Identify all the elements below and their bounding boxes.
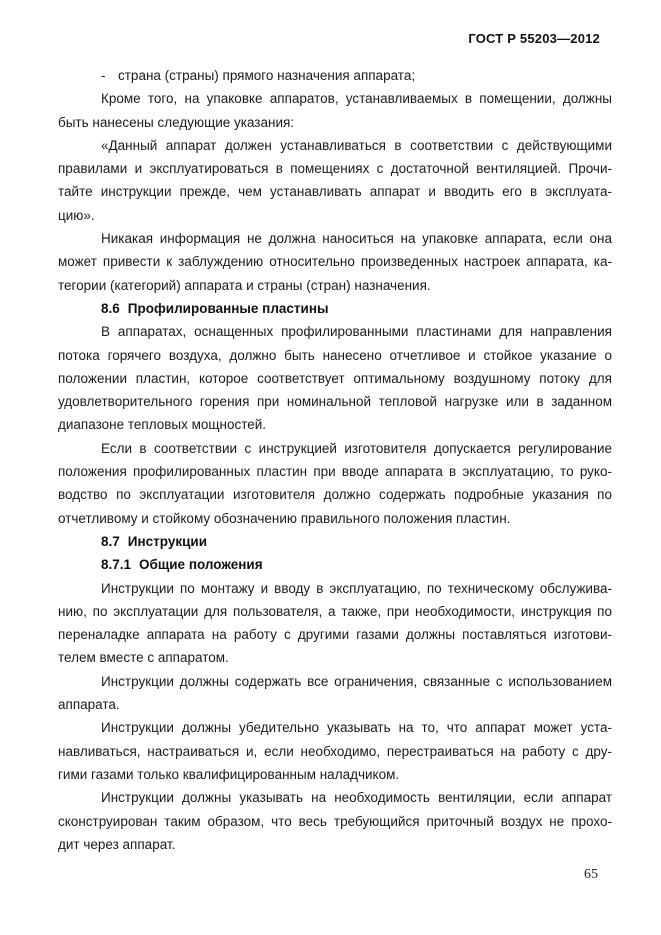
paragraph-line: положении пластин, которое соответствует…: [58, 367, 612, 390]
paragraph-line: Кроме того, на упаковке аппаратов, устан…: [58, 87, 612, 110]
list-item-text: страна (страны) прямого назначения аппар…: [118, 68, 415, 83]
document-page: ГОСТ Р 55203—2012 -страна (страны) прямо…: [0, 0, 661, 935]
paragraph-line: дит через аппарат.: [58, 833, 612, 856]
paragraph-line: навливаться, настраиваться и, если необх…: [58, 740, 612, 763]
paragraph-line: может привести к заблуждению относительн…: [58, 250, 612, 273]
paragraph-line: Никакая информация не должна наноситься …: [58, 227, 612, 250]
paragraph-line: переналадке аппарата на работу с другими…: [58, 623, 612, 646]
paragraph-line: диапазоне тепловых мощностей.: [58, 413, 612, 436]
paragraph-line: отчетливому и стойкому обозначению прави…: [58, 507, 612, 530]
section-heading: 8.7Инструкции: [58, 530, 612, 553]
paragraph-line: положения профилированных пластин при вв…: [58, 460, 612, 483]
standard-number-header: ГОСТ Р 55203—2012: [468, 31, 600, 46]
paragraph-line: гими газами только квалифицированным нал…: [58, 763, 612, 786]
paragraph-line: нию, по эксплуатации для пользователя, а…: [58, 600, 612, 623]
document-body: -страна (страны) прямого назначения аппа…: [58, 64, 612, 856]
paragraph-line: тайте инструкции прежде, чем устанавлива…: [58, 180, 612, 203]
paragraph-line: сконструирован таким образом, что весь т…: [58, 810, 612, 833]
section-title: Общие положения: [139, 557, 263, 572]
section-number: 8.7.1: [101, 557, 131, 572]
paragraph-line: телем вместе с аппаратом.: [58, 646, 612, 669]
section-number: 8.6: [101, 301, 120, 316]
paragraph-line: Инструкции должны указывать на необходим…: [58, 786, 612, 809]
paragraph-line: «Данный аппарат должен устанавливаться в…: [58, 134, 612, 157]
section-heading: 8.6Профилированные пластины: [58, 297, 612, 320]
paragraph-line: цию».: [58, 204, 612, 227]
paragraph-line: Инструкции по монтажу и вводу в эксплуат…: [58, 577, 612, 600]
paragraph-line: водство по эксплуатации изготовителя дол…: [58, 483, 612, 506]
page-number: 65: [584, 867, 598, 883]
paragraph-line: Инструкции должны убедительно указывать …: [58, 716, 612, 739]
paragraph-line: быть нанесены следующие указания:: [58, 111, 612, 134]
section-heading: 8.7.1Общие положения: [58, 553, 612, 576]
list-item-dash: -: [101, 64, 118, 87]
paragraph-line: потока горячего воздуха, должно быть нан…: [58, 344, 612, 367]
paragraph-line: тегории (категорий) аппарата и страны (с…: [58, 274, 612, 297]
section-number: 8.7: [101, 534, 120, 549]
list-item: -страна (страны) прямого назначения аппа…: [58, 64, 612, 87]
paragraph-line: аппарата.: [58, 693, 612, 716]
section-title: Инструкции: [128, 534, 207, 549]
paragraph-line: удовлетворительного горения при номиналь…: [58, 390, 612, 413]
paragraph-line: правилами и эксплуатироваться в помещени…: [58, 157, 612, 180]
paragraph-line: В аппаратах, оснащенных профилированными…: [58, 320, 612, 343]
paragraph-line: Если в соответствии с инструкцией изгото…: [58, 437, 612, 460]
paragraph-line: Инструкции должны содержать все ограниче…: [58, 670, 612, 693]
section-title: Профилированные пластины: [128, 301, 329, 316]
